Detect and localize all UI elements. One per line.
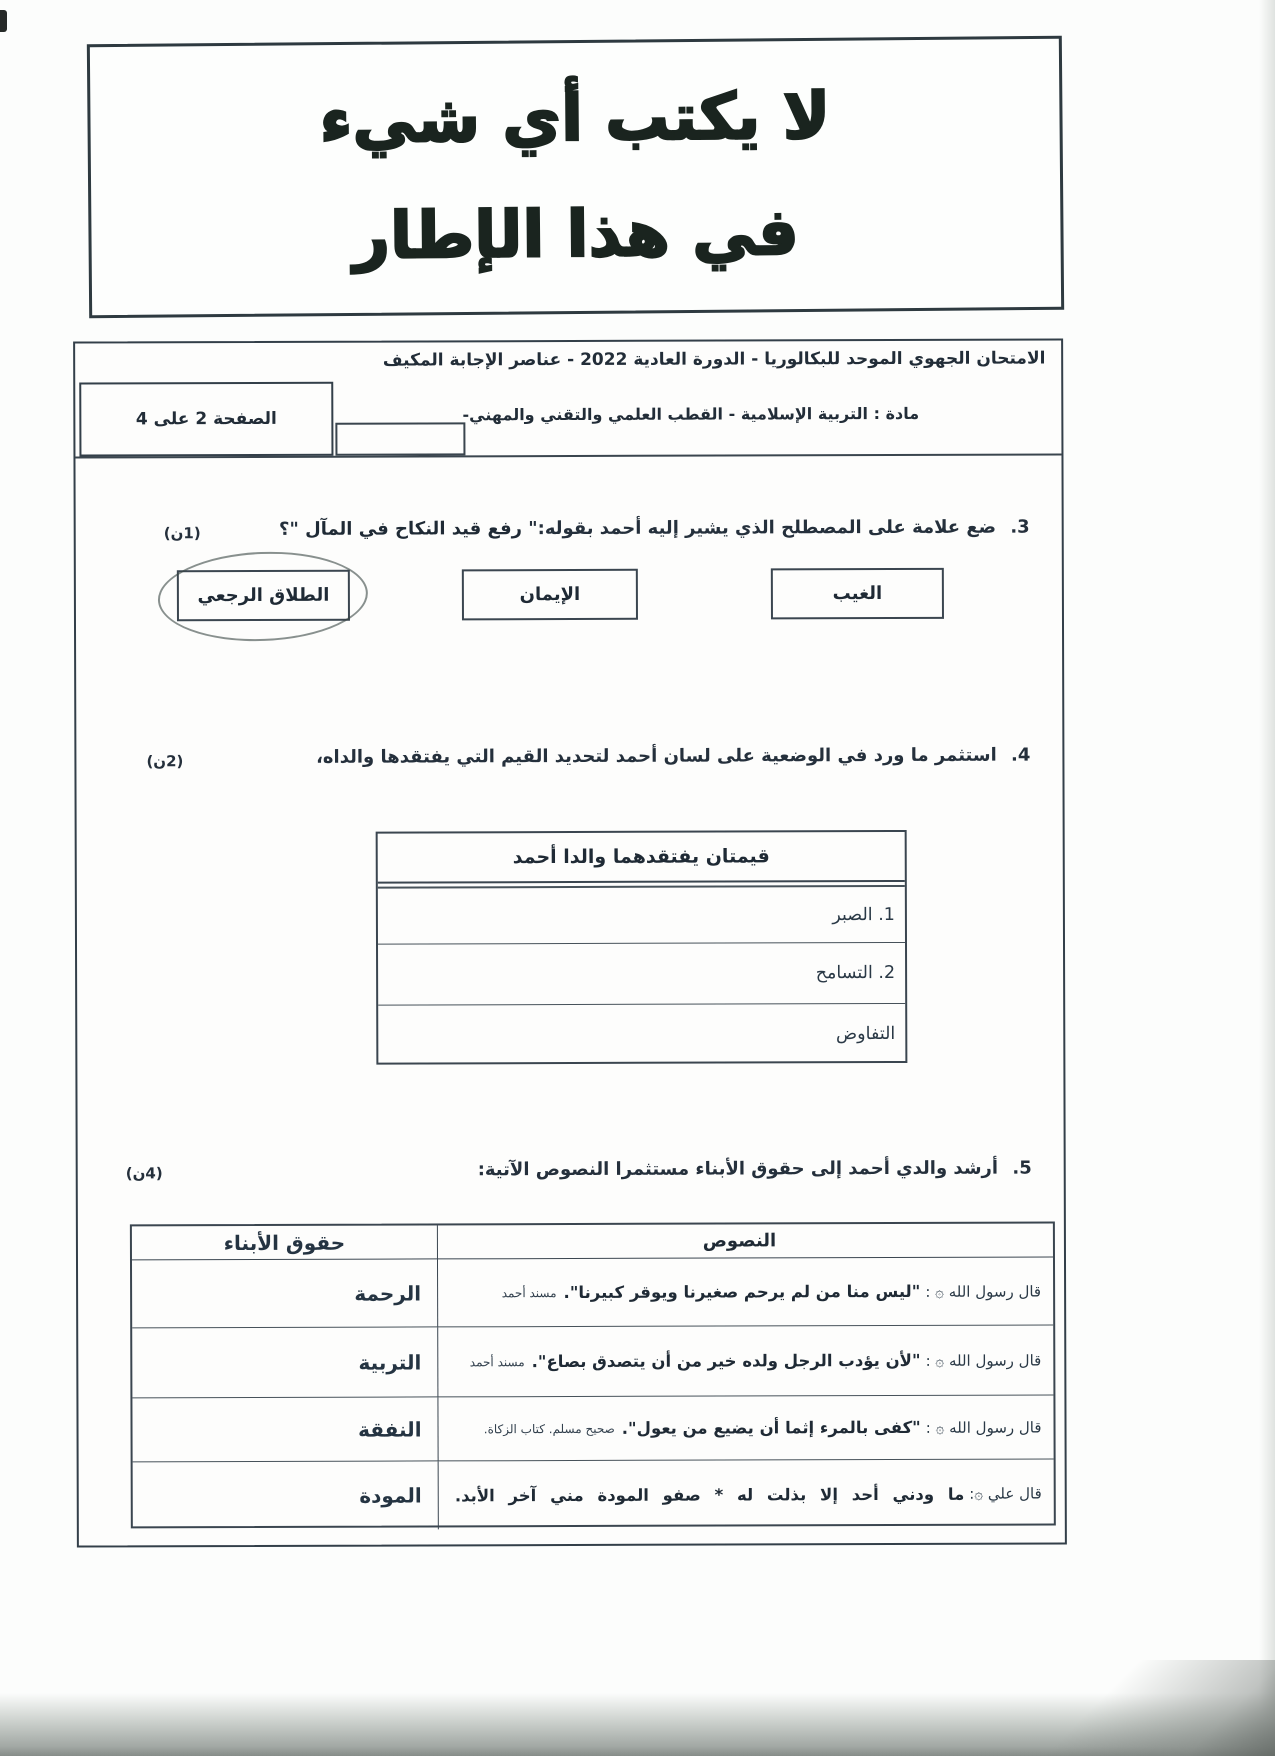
question-5: 5. أرشد والدي أحمد إلى حقوق الأبناء مستث…: [478, 1158, 1032, 1181]
hadith-source: صحيح مسلم. كتاب الزكاة.: [484, 1421, 615, 1435]
q3-points-badge: (1ن): [164, 524, 201, 542]
page-number-label: الصفحة 2 على 4: [136, 409, 277, 429]
frame-notice-line2: في هذا الإطار: [353, 179, 800, 291]
question-3: 3. ضع علامة على المصطلح الذي يشير إليه أ…: [279, 517, 1030, 540]
q4-table-row: 2. التسامح: [378, 943, 905, 1006]
q4-table-row: التفاوض: [378, 1004, 905, 1065]
hadith-attribution: قال رسول الله ۞ :: [926, 1351, 1042, 1369]
option-label: الغيب: [833, 583, 883, 604]
question-5-number: 5.: [1012, 1158, 1031, 1179]
grade-box: [335, 422, 465, 455]
subject-line: مادة : التربية الإسلامية - القطب العلمي …: [375, 404, 1006, 425]
question-3-quoted-term: رفع قيد النكاح في المآل: [305, 518, 522, 540]
option-box-aliman: الإيمان: [462, 569, 638, 621]
scan-edge-mark: [0, 10, 7, 32]
q5-text-cell: قال رسول الله ۞ : "لأن يؤدب الرجل ولده خ…: [437, 1325, 1053, 1397]
q5-points-badge: (4ن): [126, 1164, 163, 1182]
hadith-quote: "ليس منا من لم يرحم صغيرنا ويوقر كبيرنا"…: [564, 1282, 921, 1302]
q4-values-table: قيمتان يفتقدهما والدا أحمد 1. الصبر 2. ا…: [376, 830, 908, 1065]
question-5-text: أرشد والدي أحمد إلى حقوق الأبناء مستثمرا…: [478, 1158, 998, 1181]
question-3-number: 3.: [1010, 517, 1029, 538]
scanned-exam-page: لا يكتب أي شيء في هذا الإطار الصفحة 2 عل…: [0, 0, 1275, 1756]
question-3-suffix: "؟: [279, 519, 299, 540]
hadith-attribution: قال رسول الله ۞ :: [925, 1282, 1041, 1300]
hadith-quote: "لأن يؤدب الرجل ولده خير من أن يتصدق بصا…: [532, 1351, 921, 1371]
hadith-attribution: قال رسول الله ۞ :: [926, 1418, 1042, 1436]
poetry-quote: ما ودني أحد إلا بذلت له * صفو المودة مني…: [455, 1484, 965, 1505]
q5-right-cell: النفقة: [132, 1397, 437, 1462]
no-writing-frame: لا يكتب أي شيء في هذا الإطار: [87, 36, 1064, 318]
answer-sheet-body: الصفحة 2 على 4 الامتحان الجهوي الموحد لل…: [73, 338, 1067, 1547]
frame-notice-line1: لا يكتب أي شيء: [319, 63, 831, 175]
question-4: 4. استثمر ما ورد في الوضعية على لسان أحم…: [316, 745, 1030, 768]
q4-table-row: 1. الصبر: [378, 882, 905, 945]
q5-col-header-rights: حقوق الأبناء: [132, 1225, 437, 1260]
hadith-quote: "كفى بالمرء إثما أن يضيع من يعول".: [622, 1418, 921, 1438]
option-label: الإيمان: [520, 584, 581, 605]
hadith-source: مسند أحمد: [470, 1355, 525, 1369]
q5-col-header-texts: النصوص: [437, 1223, 1053, 1259]
q5-right-cell: المودة: [133, 1461, 438, 1530]
saying-attribution: قال علي ۞:: [969, 1485, 1041, 1503]
q5-right-cell: الرحمة: [132, 1259, 437, 1328]
q4-points-badge: (2ن): [146, 752, 183, 770]
page-number-cell: الصفحة 2 على 4: [79, 382, 333, 457]
answer-circle-mark: [156, 548, 369, 645]
q5-text-cell: قال علي ۞: ما ودني أحد إلا بذلت له * صفو…: [438, 1459, 1054, 1529]
question-3-text: ضع علامة على المصطلح الذي يشير إليه أحمد…: [528, 517, 996, 539]
option-box-alghayb: الغيب: [771, 568, 944, 620]
q5-right-cell: التربية: [132, 1327, 437, 1398]
question-4-text: استثمر ما ورد في الوضعية على لسان أحمد ل…: [316, 745, 997, 768]
q5-text-cell: قال رسول الله ۞ : "ليس منا من لم يرحم صغ…: [437, 1257, 1053, 1327]
exam-title: الامتحان الجهوي الموحد للبكالوريا - الدو…: [375, 348, 1053, 370]
scan-right-edge-shadow: [1259, 0, 1275, 1756]
q4-table-header: قيمتان يفتقدهما والدا أحمد: [378, 832, 905, 884]
q5-texts-table: النصوص حقوق الأبناء قال رسول الله ۞ : "ل…: [130, 1221, 1056, 1528]
hadith-source: مسند أحمد: [502, 1286, 557, 1300]
q5-text-cell: قال رسول الله ۞ : "كفى بالمرء إثما أن يض…: [437, 1395, 1053, 1461]
question-4-number: 4.: [1011, 745, 1030, 766]
scan-corner-shadow: [1015, 1660, 1275, 1756]
